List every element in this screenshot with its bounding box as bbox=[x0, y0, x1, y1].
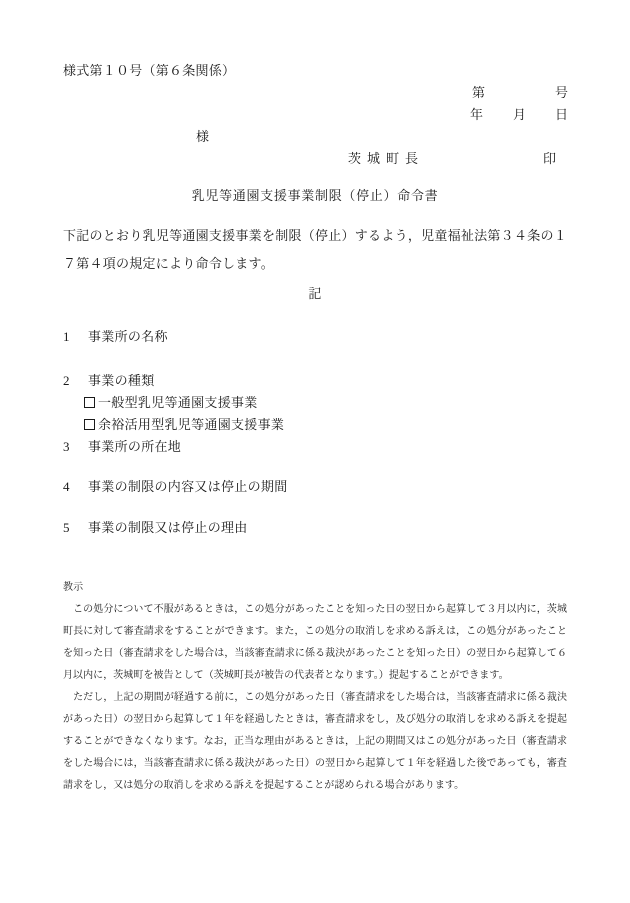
item-label: 事業の制限又は停止の理由 bbox=[88, 517, 248, 539]
record-marker: 記 bbox=[63, 280, 567, 308]
date-day-label: 日 bbox=[555, 104, 568, 126]
order-statement: 下記のとおり乳児等通園支援事業を制限（停止）するよう，児童福祉法第３４条の１７第… bbox=[63, 222, 567, 278]
item-business-address: 3 事業所の所在地 bbox=[63, 436, 567, 458]
document-page: 様式第１０号（第６条関係） 第 号 年 月 日 様 茨城町長 印 乳児等通園支援… bbox=[0, 0, 630, 903]
item-label: 事業の制限の内容又は停止の期間 bbox=[88, 476, 288, 498]
checkbox-label: 余裕活用型乳児等通園支援事業 bbox=[98, 417, 284, 432]
item-number: 1 bbox=[63, 326, 88, 348]
item-number: 5 bbox=[63, 517, 88, 539]
date-year-label: 年 bbox=[470, 104, 483, 126]
checkbox-icon bbox=[84, 419, 95, 430]
checkbox-label: 一般型乳児等通園支援事業 bbox=[98, 395, 258, 410]
checkbox-icon bbox=[84, 397, 95, 408]
addressee-honorific: 様 bbox=[63, 126, 567, 148]
document-title: 乳児等通園支援事業制限（停止）命令書 bbox=[63, 182, 567, 210]
doc-number-suffix: 号 bbox=[555, 82, 568, 104]
checkbox-option-surplus-type: 余裕活用型乳児等通園支援事業 bbox=[63, 414, 567, 436]
item-business-type: 2 事業の種類 bbox=[63, 370, 567, 392]
doc-number-prefix: 第 bbox=[472, 82, 485, 104]
date-month-label: 月 bbox=[513, 104, 526, 126]
item-label: 事業所の名称 bbox=[88, 326, 168, 348]
item-number: 3 bbox=[63, 436, 88, 458]
notice-heading: 教示 bbox=[63, 577, 567, 599]
issuer-name: 茨城町長 bbox=[348, 148, 424, 170]
item-label: 事業所の所在地 bbox=[88, 436, 181, 458]
form-label: 様式第１０号（第６条関係） bbox=[63, 60, 567, 82]
issuer-line: 茨城町長 印 bbox=[63, 148, 567, 170]
seal-mark: 印 bbox=[543, 148, 556, 170]
document-number-line: 第 号 bbox=[63, 82, 567, 104]
notice-paragraph-1: この処分について不服があるときは，この処分があったことを知った日の翌日から起算し… bbox=[63, 599, 567, 687]
item-restriction-reason: 5 事業の制限又は停止の理由 bbox=[63, 517, 567, 539]
item-label: 事業の種類 bbox=[88, 370, 155, 392]
checkbox-option-general-type: 一般型乳児等通園支援事業 bbox=[63, 392, 567, 414]
item-restriction-period: 4 事業の制限の内容又は停止の期間 bbox=[63, 476, 567, 498]
date-line: 年 月 日 bbox=[63, 104, 567, 126]
item-number: 4 bbox=[63, 476, 88, 498]
item-business-name: 1 事業所の名称 bbox=[63, 326, 567, 348]
item-number: 2 bbox=[63, 370, 88, 392]
notice-paragraph-2: ただし，上記の期間が経過する前に，この処分があった日（審査請求をした場合は，当該… bbox=[63, 687, 567, 797]
